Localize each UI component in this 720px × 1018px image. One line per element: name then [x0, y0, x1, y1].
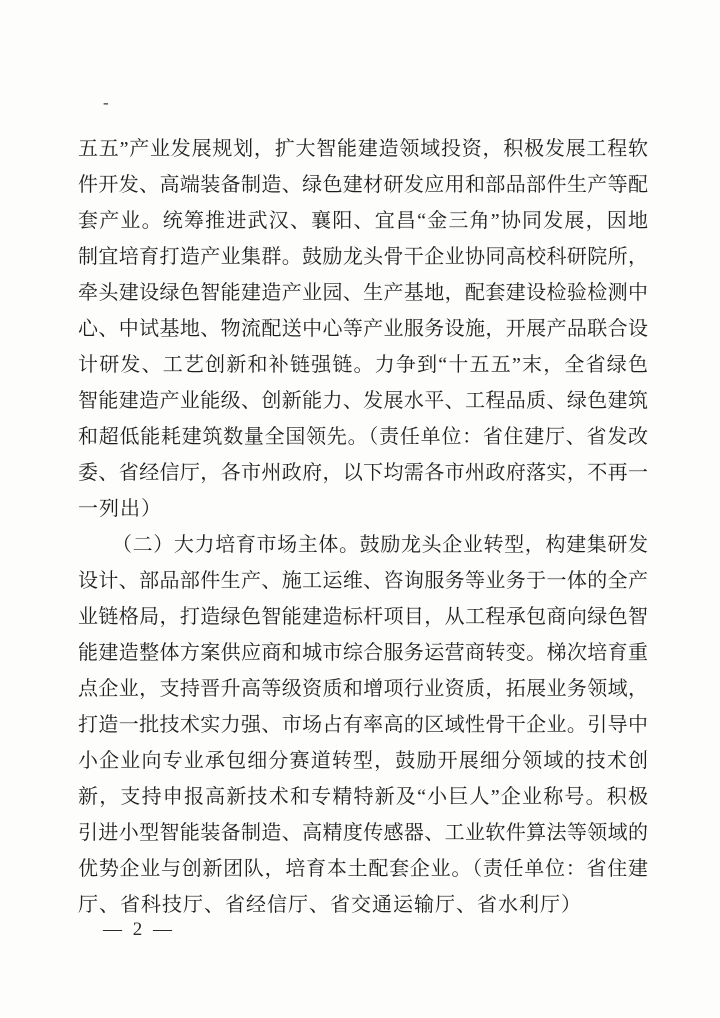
body-line: 能建造整体方案供应商和城市综合服务运营商转变。梯次培育重 — [78, 635, 648, 671]
page-number: — 2 — — [103, 916, 175, 944]
scanned-document-page: - 五五”产业发展规划，扩大智能建造领域投资，积极发展工程软 件开发、高端装备制… — [0, 0, 720, 1018]
body-line: 智能建造产业能级、创新能力、发展水平、工程品质、绿色建筑 — [78, 383, 648, 419]
body-line: 引进小型智能装备制造、高精度传感器、工业软件算法等领域的 — [78, 815, 648, 851]
document-body: 五五”产业发展规划，扩大智能建造领域投资，积极发展工程软 件开发、高端装备制造、… — [78, 131, 648, 923]
body-line: 委、省经信厅，各市州政府，以下均需各市州政府落实，不再一 — [78, 455, 648, 491]
body-line: 新，支持申报高新技术和专精特新及“小巨人”企业称号。积极 — [78, 779, 648, 815]
body-line: 优势企业与创新团队，培育本土配套企业。（责任单位：省住建 — [78, 851, 648, 887]
scan-artifact-mark: - — [103, 94, 109, 111]
body-line-paragraph-start: （二）大力培育市场主体。鼓励龙头企业转型，构建集研发 — [78, 527, 648, 563]
body-line: 打造一批技术实力强、市场占有率高的区域性骨干企业。引导中 — [78, 707, 648, 743]
body-line: 五五”产业发展规划，扩大智能建造领域投资，积极发展工程软 — [78, 131, 648, 167]
body-line: 制宜培育打造产业集群。鼓励龙头骨干企业协同高校科研院所， — [78, 239, 648, 275]
body-line: 牵头建设绿色智能建造产业园、生产基地，配套建设检验检测中 — [78, 275, 648, 311]
body-line: 计研发、工艺创新和补链强链。力争到“十五五”末，全省绿色 — [78, 347, 648, 383]
body-line: 心、中试基地、物流配送中心等产业服务设施，开展产品联合设 — [78, 311, 648, 347]
body-line: 点企业，支持晋升高等级资质和增项行业资质，拓展业务领域， — [78, 671, 648, 707]
body-line: 一列出） — [78, 491, 648, 527]
body-line: 件开发、高端装备制造、绿色建材研发应用和部品部件生产等配 — [78, 167, 648, 203]
body-line: 和超低能耗建筑数量全国领先。（责任单位：省住建厅、省发改 — [78, 419, 648, 455]
body-line: 设计、部品部件生产、施工运维、咨询服务等业务于一体的全产 — [78, 563, 648, 599]
body-line: 小企业向专业承包细分赛道转型，鼓励开展细分领域的技术创 — [78, 743, 648, 779]
body-line: 业链格局，打造绿色智能建造标杆项目，从工程承包商向绿色智 — [78, 599, 648, 635]
body-line: 套产业。统筹推进武汉、襄阳、宜昌“金三角”协同发展，因地 — [78, 203, 648, 239]
